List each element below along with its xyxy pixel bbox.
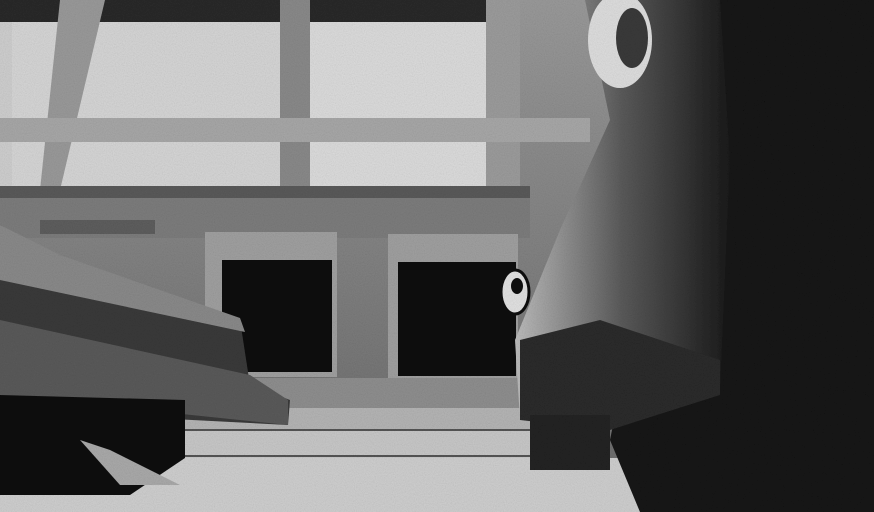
drawing-canvas — [0, 0, 874, 512]
bird-ornament — [501, 270, 529, 314]
charcoal-drawing — [0, 0, 874, 512]
upper-windows — [0, 0, 590, 198]
